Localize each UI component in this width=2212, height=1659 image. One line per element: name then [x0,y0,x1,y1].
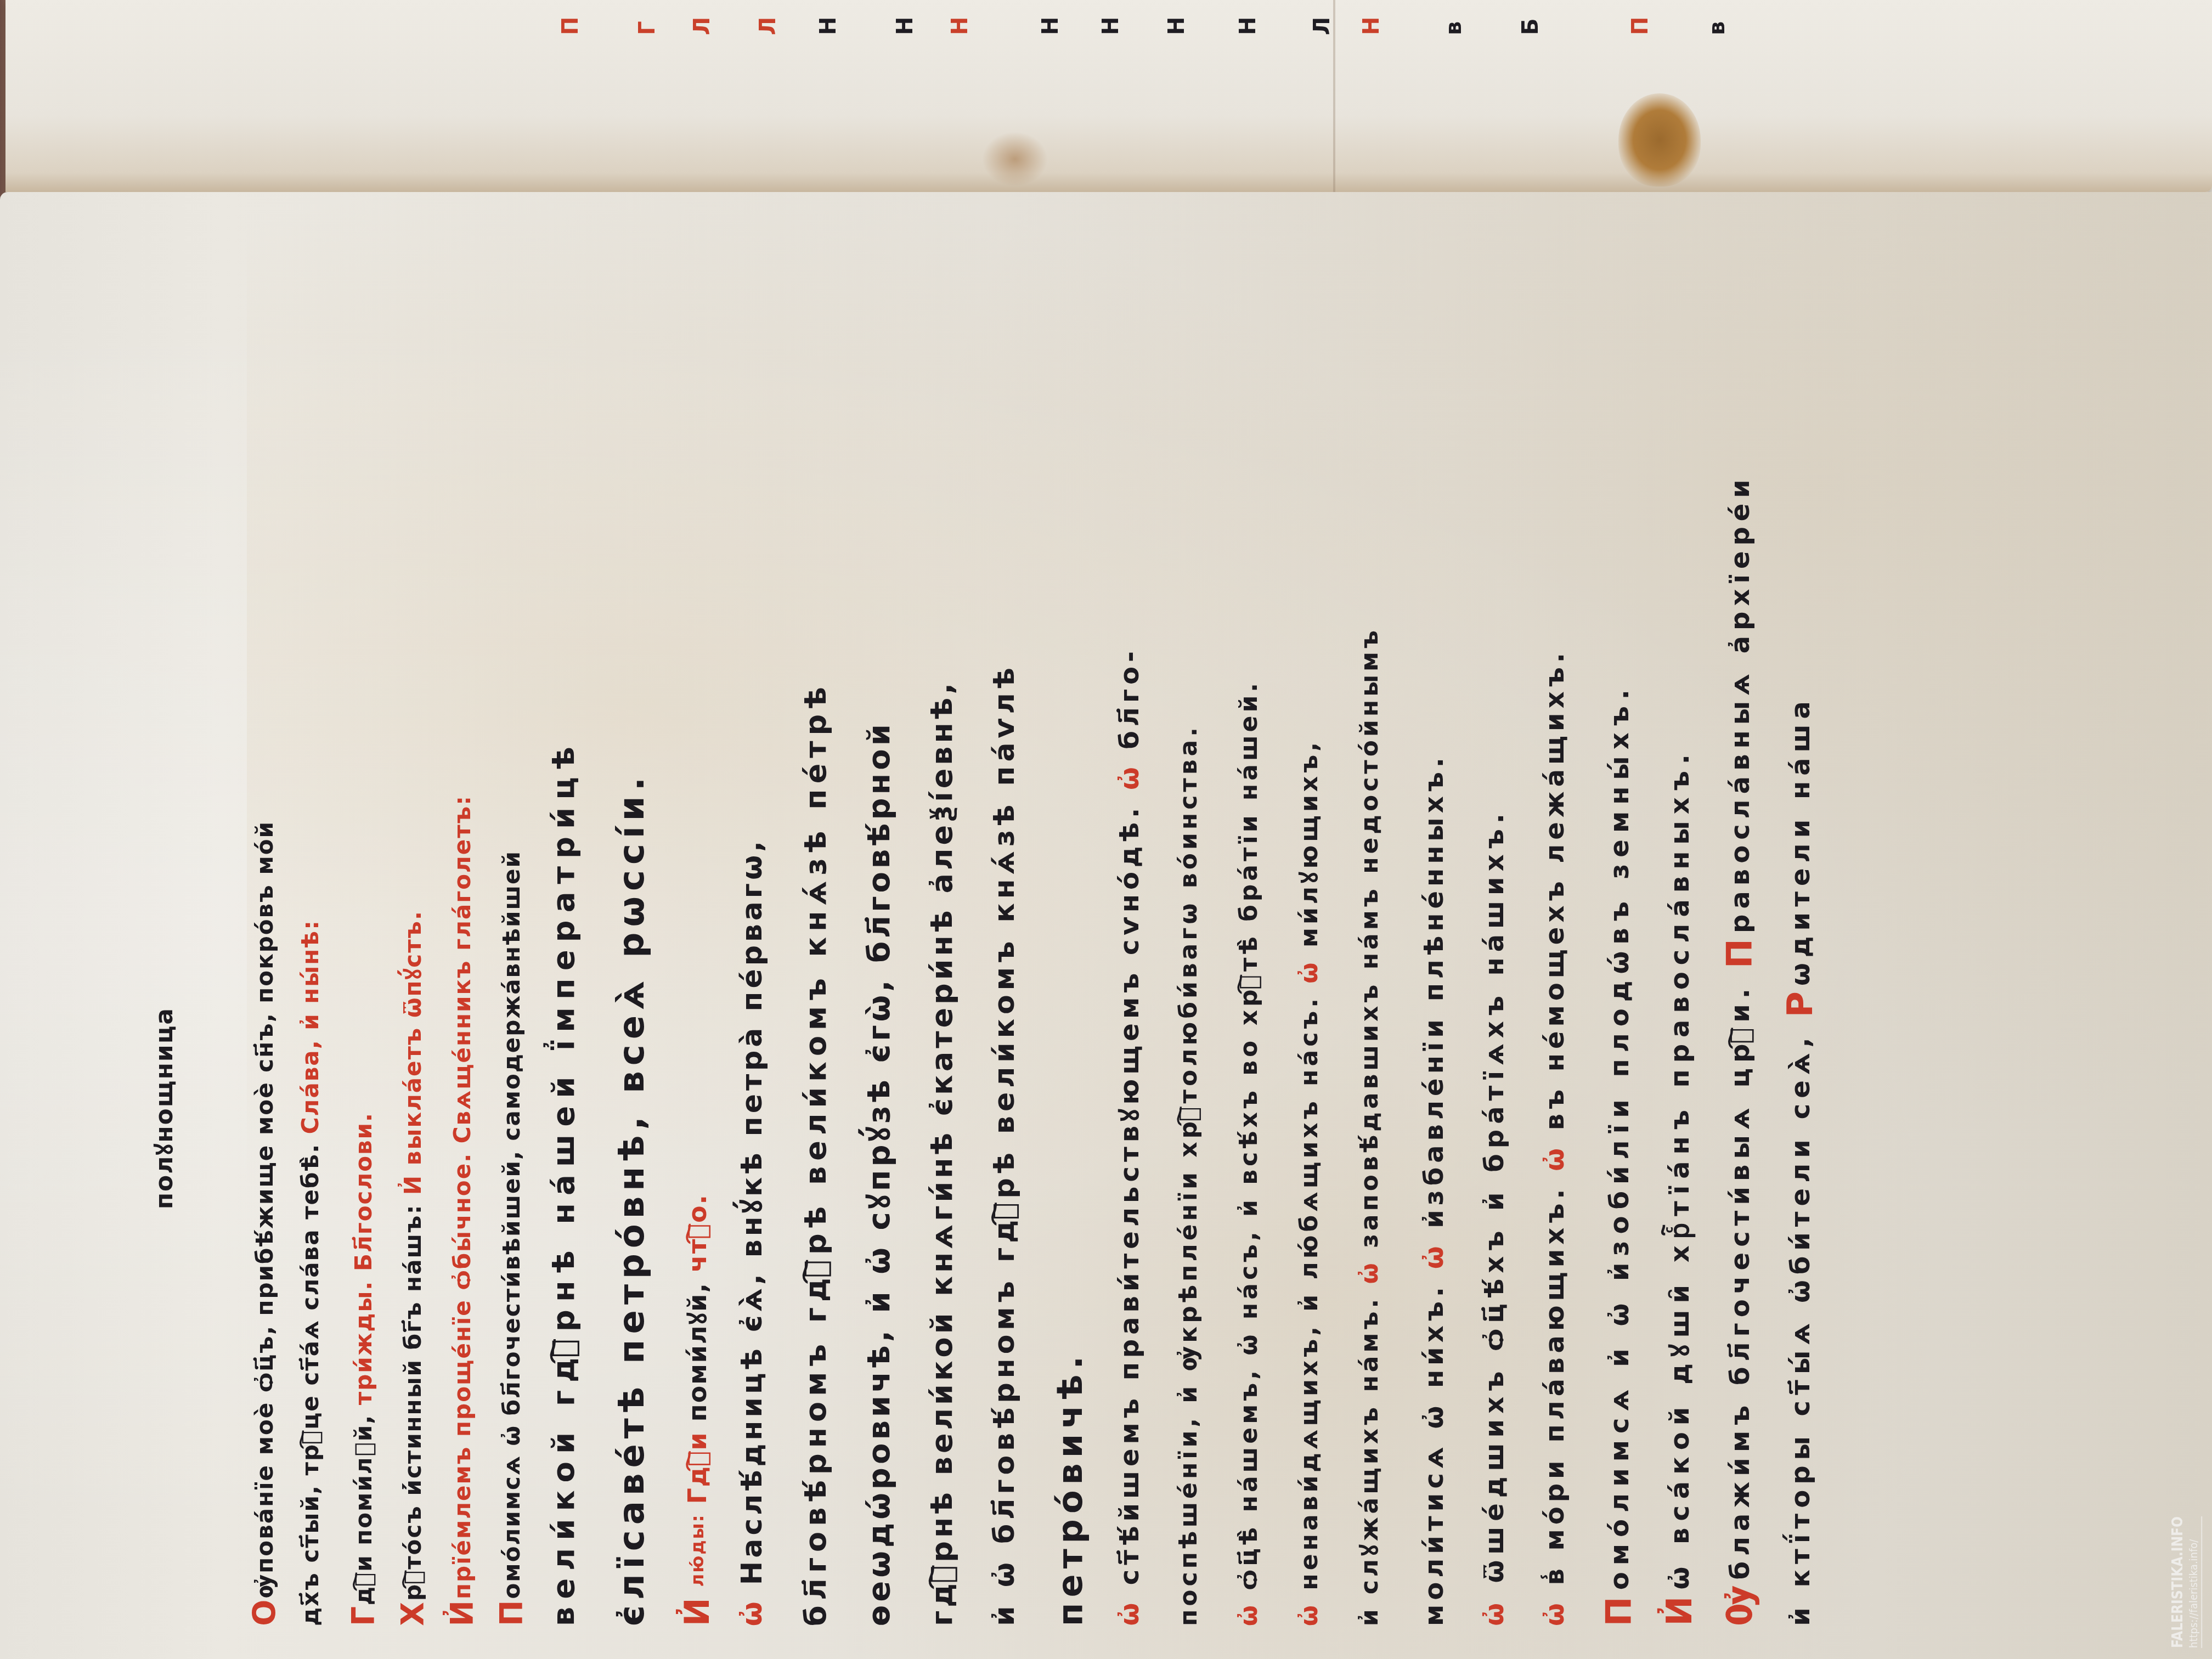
rubric: три́жды. Бл҃гослови. [350,1112,377,1405]
line-text: ми́лꙋющихъ, [1295,739,1323,947]
rubric: Сла́ва, и҆ ны́нѣ: [297,919,324,1134]
line-text: бл҃говѣ́рномъ гдⷭ҇рѣ вели́комъ кнѧ́зѣ пе… [798,681,833,1626]
watermark: FALERISTIKA.INFO https://faleristika.inf… [2170,1516,2202,1648]
red-omega: ѡ҆ [1295,1602,1323,1626]
line-text: омо́лимсѧ и҆ ѡ҆ и҆зоби́лїи плодѡ́въ земн… [1604,683,1635,1590]
upper-fragment: в [1706,0,1728,35]
red-initial: И҆ [444,1599,481,1626]
rubric: И҆ выкла́етъ ѿпꙋ́стъ. [399,910,426,1195]
red-initial: Х [395,1601,431,1626]
text-line: вели́кой гдⷭ҇рнѣ на́шей ї҆мператри́цѣ [549,739,579,1626]
text-line: И҆ѡ҆ вса́кой дꙋши̑ хрⷭ҇тїа́нъ правосла́в… [1662,748,1698,1626]
text-line: Помо́лимсѧ ѡ҆ бл҃гочести́вѣйшей, самодер… [496,850,528,1626]
text-line: Хрⷭ҇то́съ и҆́стинный бг҃ъ на́шъ: И҆ выкл… [398,910,429,1626]
book-page: полꙋнощница Оѹ҆пова́нїе моѐ ѻ҆ц҃ъ, прибѣ… [0,192,2212,1659]
red-omega: ѡ҆ [1479,1598,1510,1626]
text-line: ѡ҆ ст҃ѣ́йшемъ прави́тельствꙋющемъ сѵно́д… [1116,647,1143,1626]
red-initial: О [247,1599,283,1626]
line-text: є҆лїсаве́тѣ петро́внѣ, всеѧ̀ рѡссі́и. [612,772,652,1626]
line-text: ѻ҆ц҃ѣ̀ на́шемъ, ѡ҆ на́съ, и҆ всѣ́хъ во х… [1235,680,1263,1590]
line-text: заповѣ́давшихъ на́мъ недосто́йнымъ [1356,627,1384,1248]
photo-scene: П Г Л Л Н Н Н Н Н Н Н Л Н в Б П в полꙋно… [0,0,2212,1659]
line-text: ненави́дѧщихъ, и҆ лю́бѧщихъ на́съ. [1295,983,1323,1590]
line-text: рⷭ҇то́съ и҆́стинный бг҃ъ на́шъ: [399,1195,426,1601]
upper-fragment: Л [1311,0,1333,35]
line-text: ѳеѡдѡ́ровичѣ, и҆ ѡ҆ сꙋпрꙋ́зѣ є҆гѡ̀, бл҃г… [861,721,897,1626]
previous-page-text-fragments: П Г Л Л Н Н Н Н Н Н Н Л Н в Б П в [5,0,2212,41]
upper-fragment: Н [1361,0,1383,35]
line-text: блажи́мъ бл҃гочести́выѧ црⷭ҇и. [1725,968,1756,1579]
red-omega: ѡ҆ [1114,763,1145,791]
red-omega: ѡ҆ [1419,1242,1449,1269]
text-line: ѡ҆ ѻ҆ц҃ѣ̀ на́шемъ, ѡ҆ на́съ, и҆ всѣ́хъ в… [1237,680,1261,1626]
line-text: и҆збавле́нїи плѣне́нныхъ. [1419,753,1449,1228]
upper-fragment: Н [1100,0,1122,35]
upper-fragment: Г [636,0,658,35]
rubric: лю́ды: [687,1514,708,1587]
red-initial: И҆ [677,1596,717,1626]
red-omega: ѡ҆ [1114,1599,1145,1626]
text-line: бл҃говѣ́рномъ гдⷭ҇рѣ вели́комъ кнѧ́зѣ пе… [801,681,831,1626]
line-text: и҆ ѡ҆ бл҃говѣ́рномъ гдⷭ҇рѣ вели́комъ кнѧ… [988,663,1021,1626]
rubric: прїе́млемъ проще́нїе ѻ҆бы́чное. Свѧще́нн… [449,795,476,1599]
upper-fragment: Н [817,0,839,35]
text-line: гдⷭ҇рнѣ вели́кой кнѧги́нѣ є҆катери́нѣ а҆… [927,680,957,1626]
text-line: ѳеѡдѡ́ровичѣ, и҆ ѡ҆ сꙋпрꙋ́зѣ є҆гѡ̀, бл҃г… [864,721,895,1626]
line-text: ст҃ѣ́йшемъ прави́тельствꙋющемъ сѵно́дѣ. [1114,791,1145,1585]
line-text: гдⷭ҇рнѣ вели́кой кнѧги́нѣ є҆катери́нѣ а҆… [924,680,959,1626]
text-line: и҆ ѡ҆ бл҃говѣ́рномъ гдⷭ҇рѣ вели́комъ кнѧ… [990,663,1019,1626]
text-line: є҆лїсаве́тѣ петро́внѣ, всеѧ̀ рѡссі́и. [614,772,650,1626]
red-initial: П [1599,1590,1640,1626]
upper-fragment: Б [1520,0,1542,35]
light-stain [982,132,1048,187]
text-line: Помо́лимсѧ и҆ ѡ҆ и҆зоби́лїи плодѡ́въ зем… [1602,683,1638,1626]
line-text: омо́лимсѧ ѡ҆ бл҃гочести́вѣйшей, самодерж… [498,850,525,1599]
line-text: петро́вичѣ. [1050,1351,1090,1626]
text-line: ѡ҆ ненави́дѧщихъ, и҆ лю́бѧщихъ на́съ. ѡ҆… [1297,739,1322,1626]
rubric: чтⷭ҇о. [682,1194,712,1272]
red-initial: И҆ [1659,1590,1700,1626]
text-line: ѡ҆ Наслѣ́дницѣ є҆ѧ̀, внꙋ́кѣ петра̀ пе́рв… [738,838,766,1626]
red-initial: П [1719,933,1760,968]
red-word: Гдⷭ҇и [682,1431,712,1504]
line-text: ѹ҆пова́нїе моѐ ѻ҆ц҃ъ, прибѣ́жище моѐ сн҃… [251,821,278,1598]
text-line: И҆прїе́млемъ проще́нїе ѻ҆бы́чное. Свѧще́… [447,795,478,1626]
text-line: поспѣше́нїи, и҆ ѹ҆крѣпле́нїи хрⷭ҇толюби́… [1177,724,1201,1626]
line-text: в̾ мо́ри пла́вающихъ. [1539,1171,1570,1585]
line-text: равосла́вныѧ а҆рхїере́и [1725,474,1756,933]
red-initial: Г [346,1605,382,1626]
text-line: и҆ слꙋжа́щихъ на́мъ. ѡ҆ заповѣ́давшихъ н… [1358,627,1382,1626]
text-line: ѡ҆ в̾ мо́ри пла́вающихъ. ѡ҆ въ не́мощехъ… [1542,648,1568,1626]
line-text: и҆ ктї́торы ст҃ы́ѧ ѡ҆би́тели сеѧ̀, [1785,1018,1816,1626]
text-line: И҆ лю́ды: Гдⷭ҇и поми́лꙋй, чтⷭ҇о. [680,1194,714,1626]
text-line: и҆ ктї́торы ст҃ы́ѧ ѡ҆би́тели сеѧ̀, Рѡдит… [1783,696,1819,1626]
red-omega: ѡ҆ [736,1598,769,1626]
upper-fragment: в [1443,0,1465,35]
upper-fragment: Н [1040,0,1062,35]
text-block: Оѹ҆пова́нїе моѐ ѻ҆ц҃ъ, прибѣ́жище моѐ сн… [0,192,2212,1659]
line-text: бл҃го- [1114,647,1145,749]
red-omega: ѡ҆ [1356,1260,1384,1284]
text-line: дх҃ъ ст҃ый, трⷪ҇це ст҃а́ѧ сла́ва тебѣ̀. … [299,919,322,1626]
text-line: моли́тисѧ ѡ҆ ни́хъ. ѡ҆ и҆збавле́нїи плѣн… [1421,753,1447,1626]
red-omega: ѡ҆ [1539,1599,1570,1626]
upper-fragment: П [1629,0,1651,35]
upper-fragment: П [560,0,582,35]
previous-page-edge: П Г Л Л Н Н Н Н Н Н Н Л Н в Б П в [5,0,2212,192]
upper-fragment: Л [757,0,779,35]
text-line: Гдⷭ҇и поми́лꙋй, три́жды. Бл҃гослови. [348,1112,380,1626]
line-text: и҆ слꙋжа́щихъ на́мъ. [1356,1284,1384,1626]
line-text: поспѣше́нїи, и҆ ѹ҆крѣпле́нїи хрⷭ҇толюби́… [1175,724,1203,1626]
upper-fragment: Н [949,0,971,35]
upper-fragment: Н [894,0,916,35]
upper-fragment: Л [691,0,713,35]
text-line: петро́вичѣ. [1053,1351,1087,1626]
red-initial: Р [1780,986,1821,1018]
line-text: дⷭ҇и поми́лꙋй, [350,1405,377,1605]
line-text: въ не́мощехъ лежа́щихъ. [1539,648,1570,1130]
line-text: ѡ҆ вса́кой дꙋши̑ хрⷭ҇тїа́нъ правосла́вны… [1664,748,1695,1589]
watermark-brand: FALERISTIKA.INFO [2170,1516,2187,1648]
line-text: вели́кой гдⷭ҇рнѣ на́шей ї҆мператри́цѣ [546,739,582,1626]
watermark-url: https://faleristika.info/ [2187,1516,2202,1648]
red-omega: ѡ҆ [1235,1602,1263,1626]
red-omega: ѡ҆ [1295,959,1323,983]
line-text: ѿше́дшихъ ѻ҆ц҃ѣ́хъ и҆ бра́тїѧхъ на́шихъ. [1479,808,1510,1583]
text-line: Оѹ҆пова́нїе моѐ ѻ҆ц҃ъ, прибѣ́жище моѐ сн… [250,821,281,1626]
red-initial: П [494,1599,530,1626]
line-text: поми́лꙋй, [682,1272,712,1421]
line-text: ѡдители на́ша [1785,696,1816,986]
text-line: ѡ҆ ѿше́дшихъ ѻ҆ц҃ѣ́хъ и҆ бра́тїѧхъ на́ши… [1481,808,1508,1626]
upper-fragment: Н [1237,0,1259,35]
line-text: дх҃ъ ст҃ый, трⷪ҇це ст҃а́ѧ сла́ва тебѣ̀. [297,1134,324,1626]
line-text: моли́тисѧ ѡ҆ ни́хъ. [1419,1269,1449,1626]
line-text: Наслѣ́дницѣ є҆ѧ̀, внꙋ́кѣ петра̀ пе́рвагѡ… [736,838,769,1585]
red-omega: ѡ҆ [1539,1144,1570,1171]
red-initial: Ѹ҆ [1719,1580,1760,1626]
brown-stain [1618,93,1701,187]
upper-fragment: Н [1166,0,1188,35]
text-line: Ѹ҆блажи́мъ бл҃гочести́выѧ црⷭ҇и. Правосл… [1723,474,1758,1626]
